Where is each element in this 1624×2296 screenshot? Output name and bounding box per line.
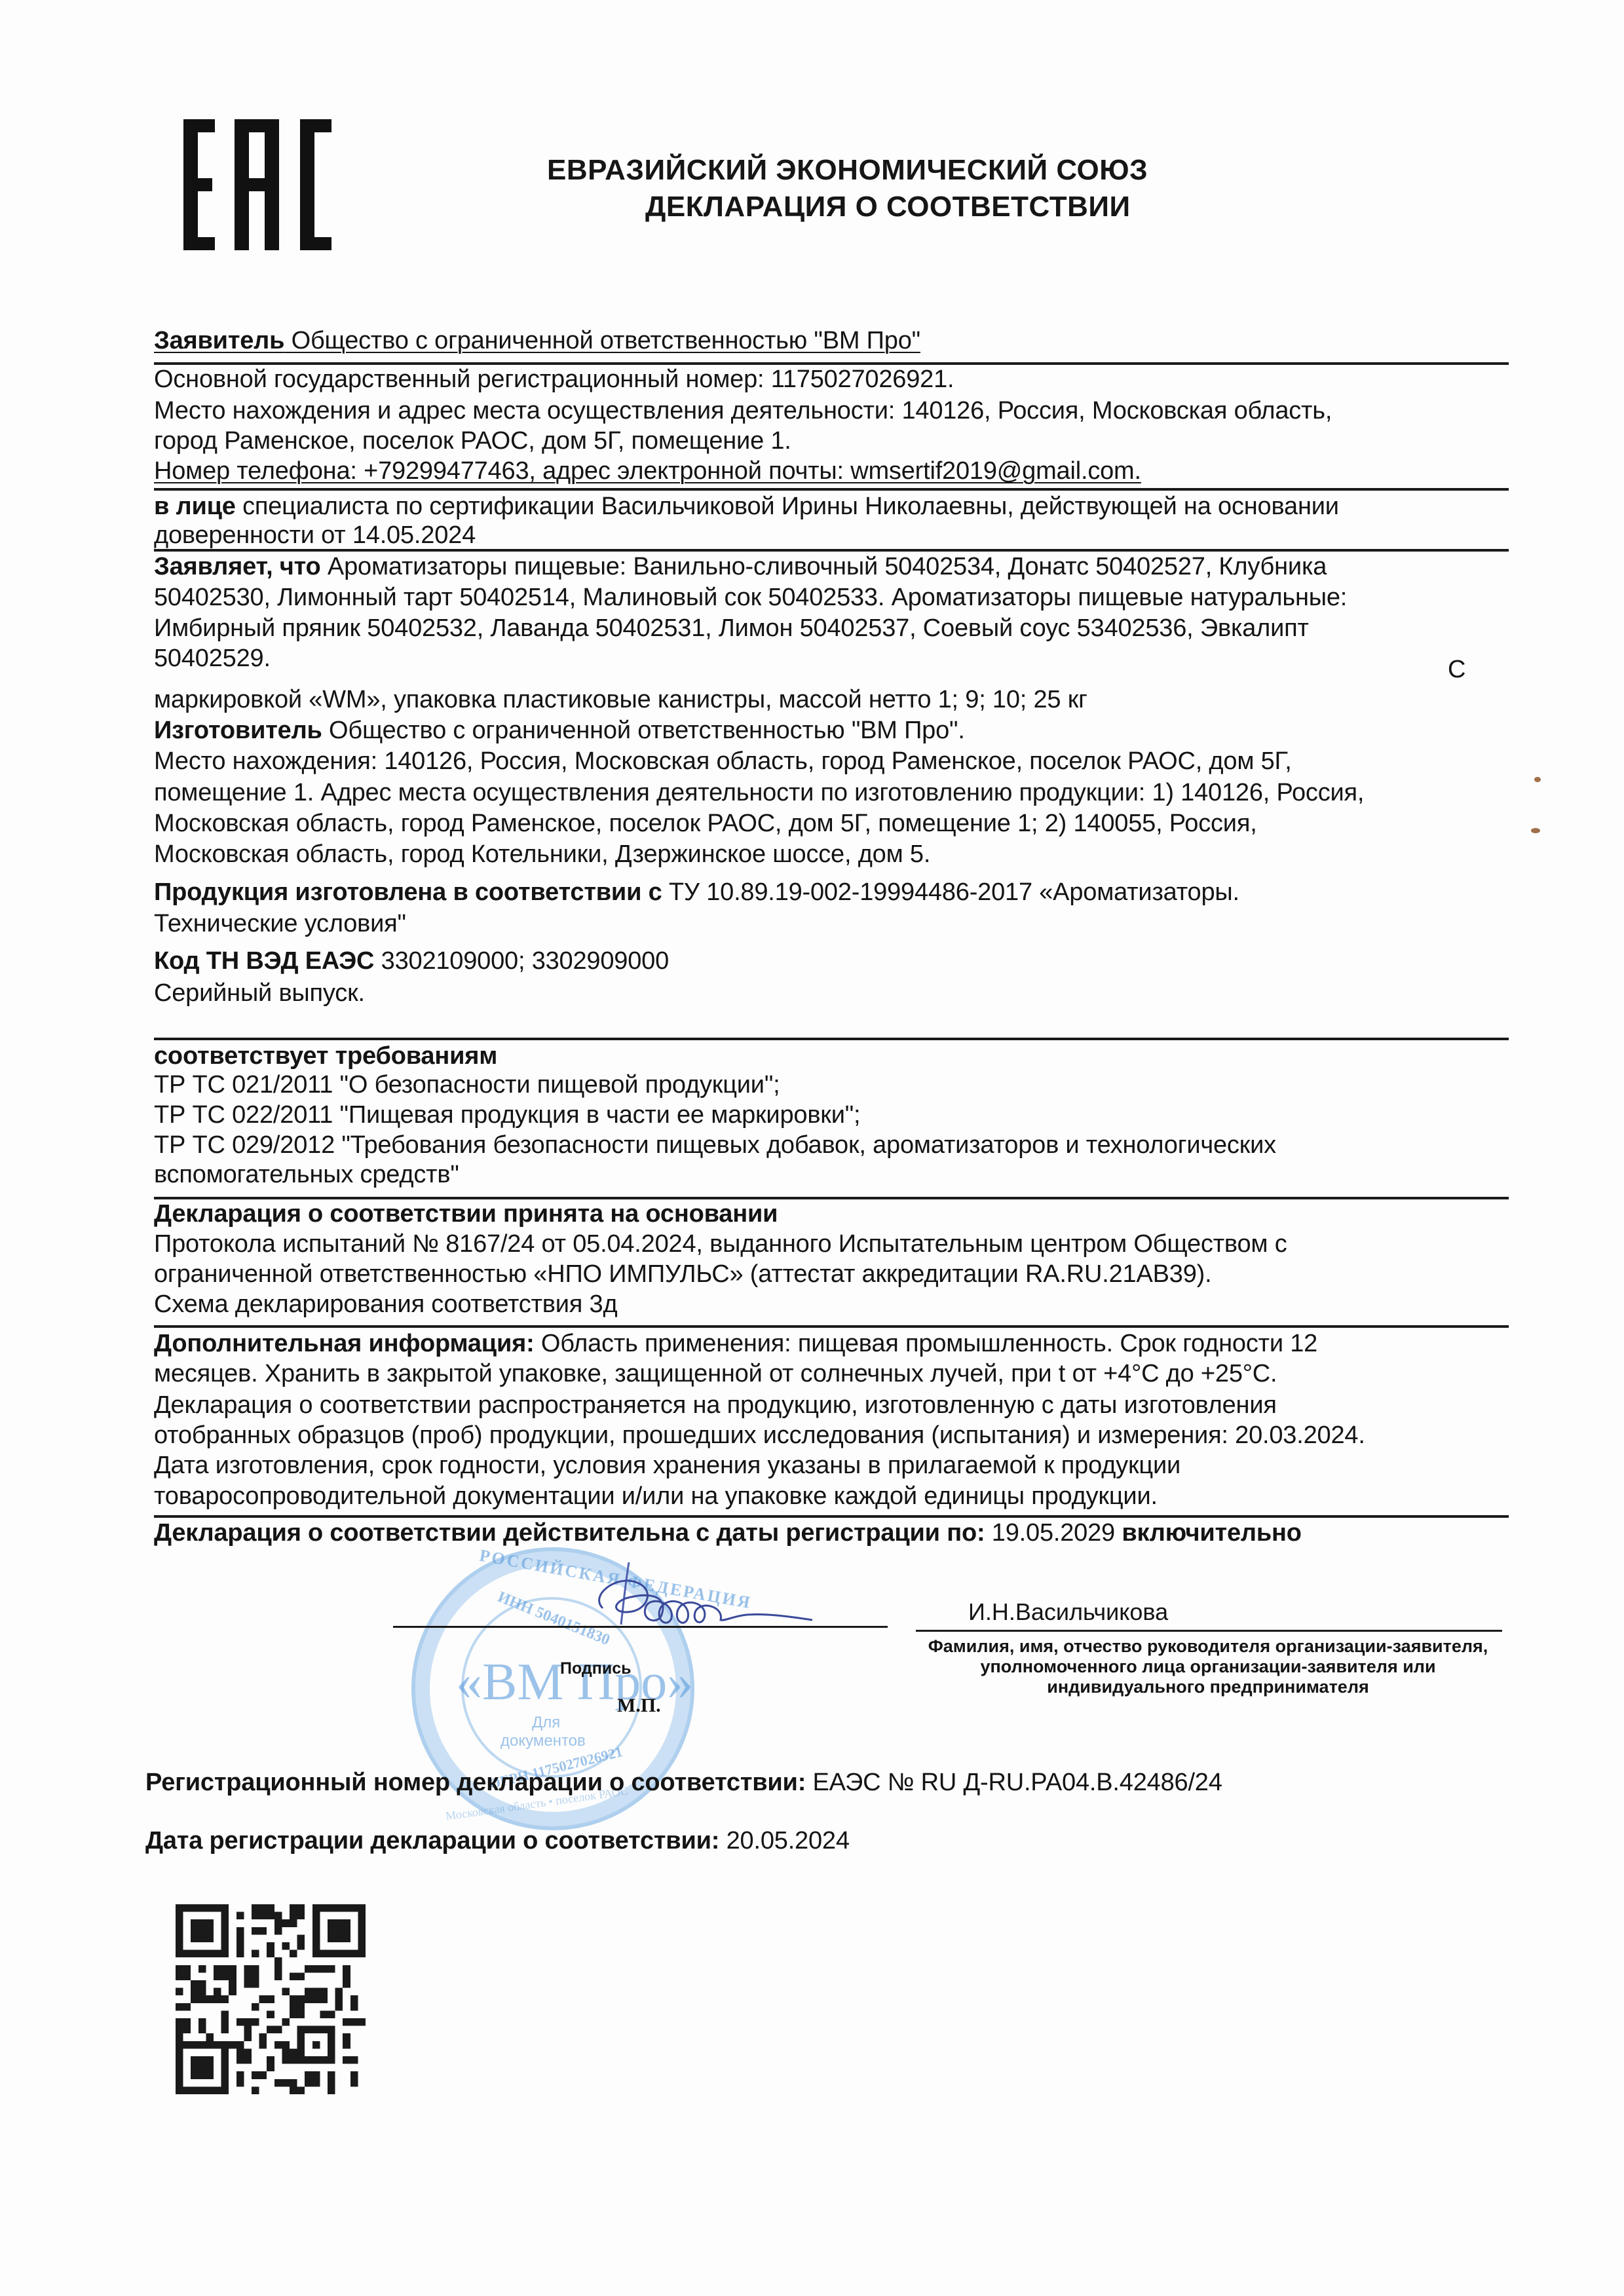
registration-number-label: Регистрационный номер декларации о соотв… bbox=[145, 1769, 806, 1796]
signer-caption-3: индивидуального предпринимателя bbox=[920, 1676, 1496, 1698]
serial-production: Серийный выпуск. bbox=[154, 979, 365, 1007]
produced-per-line-2: Технические условия" bbox=[154, 909, 406, 938]
additional-line-1: Дополнительная информация: Область приме… bbox=[154, 1329, 1317, 1358]
manufacturer-line: Изготовитель Общество с ограниченной отв… bbox=[154, 716, 965, 745]
representative-label: в лице bbox=[154, 493, 236, 520]
divider bbox=[154, 1038, 1509, 1040]
additional-label: Дополнительная информация: bbox=[154, 1330, 535, 1357]
registration-number-line: Регистрационный номер декларации о соотв… bbox=[145, 1768, 1222, 1797]
eac-logo bbox=[183, 119, 333, 250]
document-title: ДЕКЛАРАЦИЯ О СООТВЕТСТВИИ bbox=[645, 191, 1131, 223]
requirement-item: ТР ТС 021/2011 "О безопасности пищевой п… bbox=[154, 1070, 780, 1099]
declares-text: Ароматизаторы пищевые: Ванильно-сливочны… bbox=[321, 553, 1327, 580]
representative-line-1: в лице специалиста по сертификации Васил… bbox=[154, 492, 1339, 521]
seal-caption: М.П. bbox=[617, 1695, 661, 1717]
applicant-address-1: Место нахождения и адрес места осуществл… bbox=[154, 396, 1332, 425]
applicant-contacts: Номер телефона: +79299477463, адрес элек… bbox=[154, 457, 1141, 485]
registration-date-value: 20.05.2024 bbox=[719, 1827, 850, 1854]
hs-code-label: Код ТН ВЭД ЕАЭС bbox=[154, 947, 374, 975]
declares-line-4: 50402529. bbox=[154, 644, 271, 673]
requirement-item: вспомогательных средств" bbox=[154, 1160, 459, 1189]
declares-line-5: маркировкой «WM», упаковка пластиковые к… bbox=[154, 685, 1087, 714]
signer-caption-1: Фамилия, имя, отчество руководителя орга… bbox=[920, 1635, 1496, 1657]
registration-date-line: Дата регистрации декларации о соответств… bbox=[145, 1826, 850, 1855]
validity-date: 19.05.2029 bbox=[985, 1519, 1122, 1547]
handwritten-signature bbox=[563, 1556, 825, 1634]
registration-date-label: Дата регистрации декларации о соответств… bbox=[145, 1827, 719, 1854]
divider bbox=[154, 1325, 1509, 1328]
divider bbox=[154, 1515, 1509, 1518]
manufacturer-address-1: Место нахождения: 140126, Россия, Москов… bbox=[154, 747, 1292, 776]
manufacturer-address-2: помещение 1. Адрес места осуществления д… bbox=[154, 778, 1364, 807]
qr-code[interactable] bbox=[176, 1904, 366, 2094]
scan-speck bbox=[1531, 828, 1540, 833]
declares-label: Заявляет, что bbox=[154, 553, 321, 580]
hs-code-line: Код ТН ВЭД ЕАЭС 3302109000; 3302909000 bbox=[154, 947, 669, 975]
basis-scheme: Схема декларирования соответствия 3д bbox=[154, 1290, 617, 1319]
scan-speck bbox=[1534, 777, 1541, 782]
applicant-line: Заявитель Общество с ограниченной ответс… bbox=[154, 326, 920, 355]
manufacturer-label: Изготовитель bbox=[154, 717, 322, 744]
registration-number-value: ЕАЭС № RU Д-RU.РА04.В.42486/24 bbox=[806, 1769, 1222, 1796]
additional-line-5: Дата изготовления, срок годности, услови… bbox=[154, 1451, 1180, 1480]
applicant-ogrn: Основной государственный регистрационный… bbox=[154, 365, 954, 394]
additional-line-3: Декларация о соответствии распространяет… bbox=[154, 1391, 1277, 1420]
requirement-item: ТР ТС 029/2012 "Требования безопасности … bbox=[154, 1131, 1276, 1159]
additional-text: Область применения: пищевая промышленнос… bbox=[535, 1330, 1318, 1357]
applicant-address-2: город Раменское, поселок РАОС, дом 5Г, п… bbox=[154, 426, 791, 455]
signature-caption: Подпись bbox=[560, 1659, 632, 1678]
declares-line-3: Имбирный пряник 50402532, Лаванда 504025… bbox=[154, 614, 1309, 643]
validity-line: Декларация о соответствии действительна … bbox=[154, 1518, 1302, 1547]
applicant-name: Общество с ограниченной ответственностью… bbox=[284, 327, 920, 354]
basis-line-2: ограниченной ответственностью «НПО ИМПУЛ… bbox=[154, 1260, 1211, 1289]
divider bbox=[154, 488, 1509, 491]
signer-caption-2: уполномоченного лица организации-заявите… bbox=[920, 1655, 1496, 1678]
divider bbox=[154, 549, 1509, 552]
declares-line-2: 50402530, Лимонный тарт 50402514, Малино… bbox=[154, 583, 1347, 612]
signer-name-line bbox=[916, 1630, 1502, 1632]
seal-sub-1: Для bbox=[532, 1714, 560, 1732]
representative-line-2: доверенности от 14.05.2024 bbox=[154, 521, 476, 550]
produced-per-line-1: Продукция изготовлена в соответствии с Т… bbox=[154, 878, 1239, 907]
declares-line-1: Заявляет, что Ароматизаторы пищевые: Ван… bbox=[154, 552, 1327, 581]
declares-stray-c: С bbox=[1448, 655, 1465, 684]
signer-name: И.Н.Васильчикова bbox=[968, 1598, 1168, 1626]
union-title: ЕВРАЗИЙСКИЙ ЭКОНОМИЧЕСКИЙ СОЮЗ bbox=[547, 154, 1148, 187]
representative-text: специалиста по сертификации Васильчиково… bbox=[236, 493, 1339, 520]
additional-line-2: месяцев. Хранить в закрытой упаковке, за… bbox=[154, 1359, 1277, 1388]
manufacturer-name: Общество с ограниченной ответственностью… bbox=[322, 717, 965, 744]
additional-line-6: товаросопроводительной документации и/ил… bbox=[154, 1482, 1158, 1511]
requirement-item: ТР ТС 022/2011 "Пищевая продукция в част… bbox=[154, 1101, 860, 1129]
validity-suffix: включительно bbox=[1122, 1519, 1301, 1547]
basis-label: Декларация о соответствии принята на осн… bbox=[154, 1199, 778, 1228]
additional-line-4: отобранных образцов (проб) продукции, пр… bbox=[154, 1421, 1365, 1450]
signature-line bbox=[393, 1626, 888, 1628]
applicant-label: Заявитель bbox=[154, 327, 284, 354]
validity-label: Декларация о соответствии действительна … bbox=[154, 1519, 985, 1547]
manufacturer-address-3: Московская область, город Раменское, пос… bbox=[154, 809, 1257, 838]
seal-sub-2: документов bbox=[500, 1732, 586, 1750]
produced-per-spec: ТУ 10.89.19-002-19994486-2017 «Ароматиза… bbox=[662, 878, 1239, 906]
basis-line-1: Протокола испытаний № 8167/24 от 05.04.2… bbox=[154, 1230, 1287, 1258]
manufacturer-address-4: Московская область, город Котельники, Дз… bbox=[154, 840, 930, 869]
produced-per-label: Продукция изготовлена в соответствии с bbox=[154, 878, 662, 906]
hs-code-value: 3302109000; 3302909000 bbox=[374, 947, 669, 975]
requirements-label: соответствует требованиям bbox=[154, 1042, 497, 1070]
